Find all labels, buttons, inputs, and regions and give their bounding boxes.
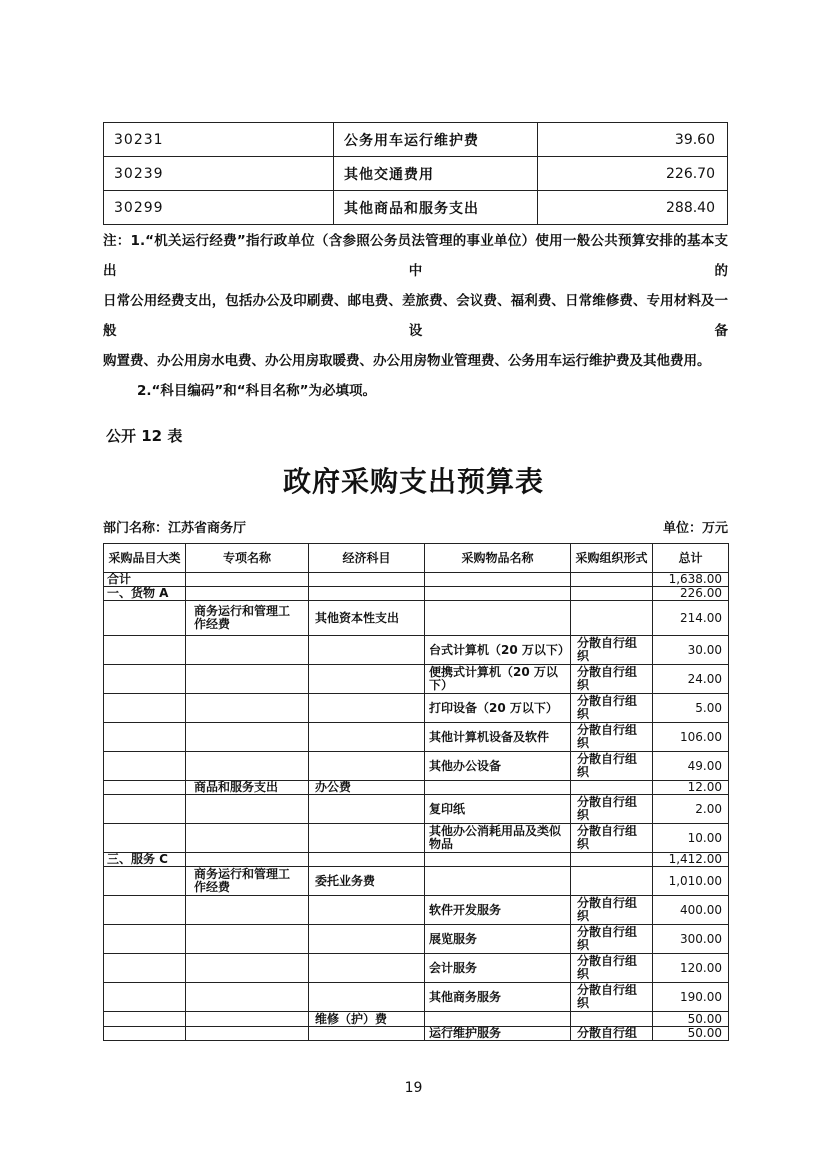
account-cell — [309, 752, 425, 781]
org-cell: 分散自行组织 — [571, 694, 653, 723]
org-cell: 分散自行组织 — [571, 925, 653, 954]
table-row: 30239 其他交通费用 226.70 — [104, 157, 728, 191]
subject-code-cell: 30299 — [104, 191, 334, 225]
table-row: 软件开发服务 分散自行组织 400.00 — [104, 896, 729, 925]
item-cell: 运行维护服务 — [425, 1027, 571, 1041]
table-row: 维修（护）费 50.00 — [104, 1012, 729, 1027]
table-row: 便携式计算机（20 万以下） 分散自行组织 24.00 — [104, 665, 729, 694]
col-header-account: 经济科目 — [309, 544, 425, 573]
org-cell — [571, 781, 653, 795]
category-cell — [104, 896, 186, 925]
table-row: 合计 1,638.00 — [104, 573, 729, 587]
project-cell — [186, 752, 309, 781]
project-cell: 商品和服务支出 — [186, 781, 309, 795]
department-name-label: 部门名称：江苏省商务厅 — [103, 517, 246, 536]
table-row: 其他办公设备 分散自行组织 49.00 — [104, 752, 729, 781]
total-cell: 50.00 — [653, 1012, 729, 1027]
project-cell — [186, 896, 309, 925]
subject-code-cell: 30239 — [104, 157, 334, 191]
project-cell: 商务运行和管理工作经费 — [186, 601, 309, 636]
amount-cell: 288.40 — [538, 191, 728, 225]
category-cell — [104, 1027, 186, 1041]
project-cell: 商务运行和管理工作经费 — [186, 867, 309, 896]
total-cell: 49.00 — [653, 752, 729, 781]
total-cell: 10.00 — [653, 824, 729, 853]
org-cell: 分散自行组织 — [571, 723, 653, 752]
col-header-item: 采购物品名称 — [425, 544, 571, 573]
account-cell — [309, 665, 425, 694]
org-cell: 分散自行组织 — [571, 752, 653, 781]
note-line: 购置费、办公用房水电费、办公用房取暖费、办公用房物业管理费、公务用车运行维护费及… — [103, 346, 728, 376]
table-row: 三、服务 C 1,412.00 — [104, 853, 729, 867]
total-cell: 24.00 — [653, 665, 729, 694]
note-line: 日常公用经费支出，包括办公及印刷费、邮电费、差旅费、会议费、福利费、日常维修费、… — [103, 286, 728, 346]
total-cell: 120.00 — [653, 954, 729, 983]
item-cell: 便携式计算机（20 万以下） — [425, 665, 571, 694]
table-row: 其他办公消耗用品及类似物品 分散自行组织 10.00 — [104, 824, 729, 853]
category-cell — [104, 601, 186, 636]
project-cell — [186, 1012, 309, 1027]
category-cell — [104, 636, 186, 665]
category-cell — [104, 925, 186, 954]
category-cell — [104, 983, 186, 1012]
document-page: 30231 公务用车运行维护费 39.60 30239 其他交通费用 226.7… — [0, 0, 827, 1169]
project-cell — [186, 587, 309, 601]
org-cell: 分散自行组织 — [571, 665, 653, 694]
account-cell — [309, 636, 425, 665]
org-cell — [571, 573, 653, 587]
total-cell: 1,412.00 — [653, 853, 729, 867]
category-cell — [104, 867, 186, 896]
account-cell — [309, 587, 425, 601]
item-cell — [425, 587, 571, 601]
table-row: 一、货物 A 226.00 — [104, 587, 729, 601]
table-row: 复印纸 分散自行组织 2.00 — [104, 795, 729, 824]
total-cell: 2.00 — [653, 795, 729, 824]
table-row: 其他商务服务 分散自行组织 190.00 — [104, 983, 729, 1012]
col-header-org: 采购组织形式 — [571, 544, 653, 573]
total-cell: 5.00 — [653, 694, 729, 723]
table-meta-row: 部门名称：江苏省商务厅 单位：万元 — [103, 517, 728, 536]
total-cell: 400.00 — [653, 896, 729, 925]
account-cell — [309, 694, 425, 723]
category-cell — [104, 824, 186, 853]
table-row: 商务运行和管理工作经费 其他资本性支出 214.00 — [104, 601, 729, 636]
table-row: 打印设备（20 万以下） 分散自行组织 5.00 — [104, 694, 729, 723]
item-cell: 其他办公设备 — [425, 752, 571, 781]
subject-name-cell: 公务用车运行维护费 — [334, 123, 538, 157]
item-cell: 会计服务 — [425, 954, 571, 983]
category-cell: 三、服务 C — [104, 853, 186, 867]
note-line: 注：1.“机关运行经费”指行政单位（含参照公务员法管理的事业单位）使用一般公共预… — [103, 226, 728, 286]
org-cell: 分散自行组织 — [571, 795, 653, 824]
org-cell: 分散自行组织 — [571, 636, 653, 665]
org-cell — [571, 1012, 653, 1027]
category-cell — [104, 694, 186, 723]
item-cell: 展览服务 — [425, 925, 571, 954]
table-row: 展览服务 分散自行组织 300.00 — [104, 925, 729, 954]
total-cell: 1,010.00 — [653, 867, 729, 896]
item-cell — [425, 573, 571, 587]
project-cell — [186, 824, 309, 853]
header-row: 采购品目大类 专项名称 经济科目 采购物品名称 采购组织形式 总计 — [104, 544, 729, 573]
account-cell: 维修（护）费 — [309, 1012, 425, 1027]
total-cell: 1,638.00 — [653, 573, 729, 587]
table-row: 台式计算机（20 万以下） 分散自行组织 30.00 — [104, 636, 729, 665]
total-cell: 106.00 — [653, 723, 729, 752]
table-row: 30299 其他商品和服务支出 288.40 — [104, 191, 728, 225]
item-cell: 打印设备（20 万以下） — [425, 694, 571, 723]
project-cell — [186, 636, 309, 665]
amount-cell: 39.60 — [538, 123, 728, 157]
page-title: 政府采购支出预算表 — [0, 460, 827, 500]
total-cell: 300.00 — [653, 925, 729, 954]
account-cell — [309, 824, 425, 853]
project-cell — [186, 853, 309, 867]
col-header-project: 专项名称 — [186, 544, 309, 573]
table-row: 30231 公务用车运行维护费 39.60 — [104, 123, 728, 157]
project-cell — [186, 1027, 309, 1041]
total-cell: 226.00 — [653, 587, 729, 601]
item-cell: 复印纸 — [425, 795, 571, 824]
category-cell — [104, 665, 186, 694]
table-row: 运行维护服务 分散自行组 50.00 — [104, 1027, 729, 1041]
account-cell: 办公费 — [309, 781, 425, 795]
table-row: 商品和服务支出 办公费 12.00 — [104, 781, 729, 795]
total-cell: 50.00 — [653, 1027, 729, 1041]
org-cell — [571, 587, 653, 601]
project-cell — [186, 795, 309, 824]
account-cell — [309, 723, 425, 752]
org-cell: 分散自行组织 — [571, 824, 653, 853]
project-cell — [186, 573, 309, 587]
category-cell — [104, 781, 186, 795]
category-cell: 一、货物 A — [104, 587, 186, 601]
org-cell — [571, 853, 653, 867]
account-cell — [309, 925, 425, 954]
org-cell — [571, 867, 653, 896]
org-cell — [571, 601, 653, 636]
table-row: 商务运行和管理工作经费 委托业务费 1,010.00 — [104, 867, 729, 896]
item-cell — [425, 601, 571, 636]
project-cell — [186, 665, 309, 694]
item-cell: 软件开发服务 — [425, 896, 571, 925]
category-cell — [104, 1012, 186, 1027]
table-row: 会计服务 分散自行组织 120.00 — [104, 954, 729, 983]
account-cell: 委托业务费 — [309, 867, 425, 896]
item-cell: 其他办公消耗用品及类似物品 — [425, 824, 571, 853]
org-cell: 分散自行组 — [571, 1027, 653, 1041]
item-cell — [425, 853, 571, 867]
item-cell: 其他商务服务 — [425, 983, 571, 1012]
procurement-budget-table: 采购品目大类 专项名称 经济科目 采购物品名称 采购组织形式 总计 合计 1,6… — [103, 543, 729, 1041]
table-notes: 注：1.“机关运行经费”指行政单位（含参照公务员法管理的事业单位）使用一般公共预… — [103, 226, 728, 406]
org-cell: 分散自行组织 — [571, 983, 653, 1012]
item-cell: 其他计算机设备及软件 — [425, 723, 571, 752]
category-cell: 合计 — [104, 573, 186, 587]
account-cell — [309, 573, 425, 587]
account-cell — [309, 795, 425, 824]
account-cell — [309, 1027, 425, 1041]
page-number: 19 — [0, 1080, 827, 1096]
category-cell — [104, 723, 186, 752]
org-cell: 分散自行组织 — [571, 954, 653, 983]
project-cell — [186, 723, 309, 752]
account-cell — [309, 954, 425, 983]
total-cell: 190.00 — [653, 983, 729, 1012]
total-cell: 12.00 — [653, 781, 729, 795]
total-cell: 214.00 — [653, 601, 729, 636]
table-row: 其他计算机设备及软件 分散自行组织 106.00 — [104, 723, 729, 752]
project-cell — [186, 925, 309, 954]
account-cell — [309, 896, 425, 925]
subject-name-cell: 其他商品和服务支出 — [334, 191, 538, 225]
unit-label: 单位：万元 — [663, 517, 728, 536]
category-cell — [104, 954, 186, 983]
project-cell — [186, 983, 309, 1012]
note-line: 2.“科目编码”和“科目名称”为必填项。 — [103, 376, 728, 406]
item-cell — [425, 781, 571, 795]
total-cell: 30.00 — [653, 636, 729, 665]
account-cell: 其他资本性支出 — [309, 601, 425, 636]
project-cell — [186, 694, 309, 723]
project-cell — [186, 954, 309, 983]
col-header-category: 采购品目大类 — [104, 544, 186, 573]
item-cell: 台式计算机（20 万以下） — [425, 636, 571, 665]
amount-cell: 226.70 — [538, 157, 728, 191]
category-cell — [104, 752, 186, 781]
item-cell — [425, 1012, 571, 1027]
subject-name-cell: 其他交通费用 — [334, 157, 538, 191]
org-cell: 分散自行组织 — [571, 896, 653, 925]
carryover-expense-table: 30231 公务用车运行维护费 39.60 30239 其他交通费用 226.7… — [103, 122, 728, 225]
account-cell — [309, 983, 425, 1012]
subject-code-cell: 30231 — [104, 123, 334, 157]
account-cell — [309, 853, 425, 867]
category-cell — [104, 795, 186, 824]
item-cell — [425, 867, 571, 896]
col-header-total: 总计 — [653, 544, 729, 573]
table-number-label: 公开 12 表 — [106, 425, 182, 446]
